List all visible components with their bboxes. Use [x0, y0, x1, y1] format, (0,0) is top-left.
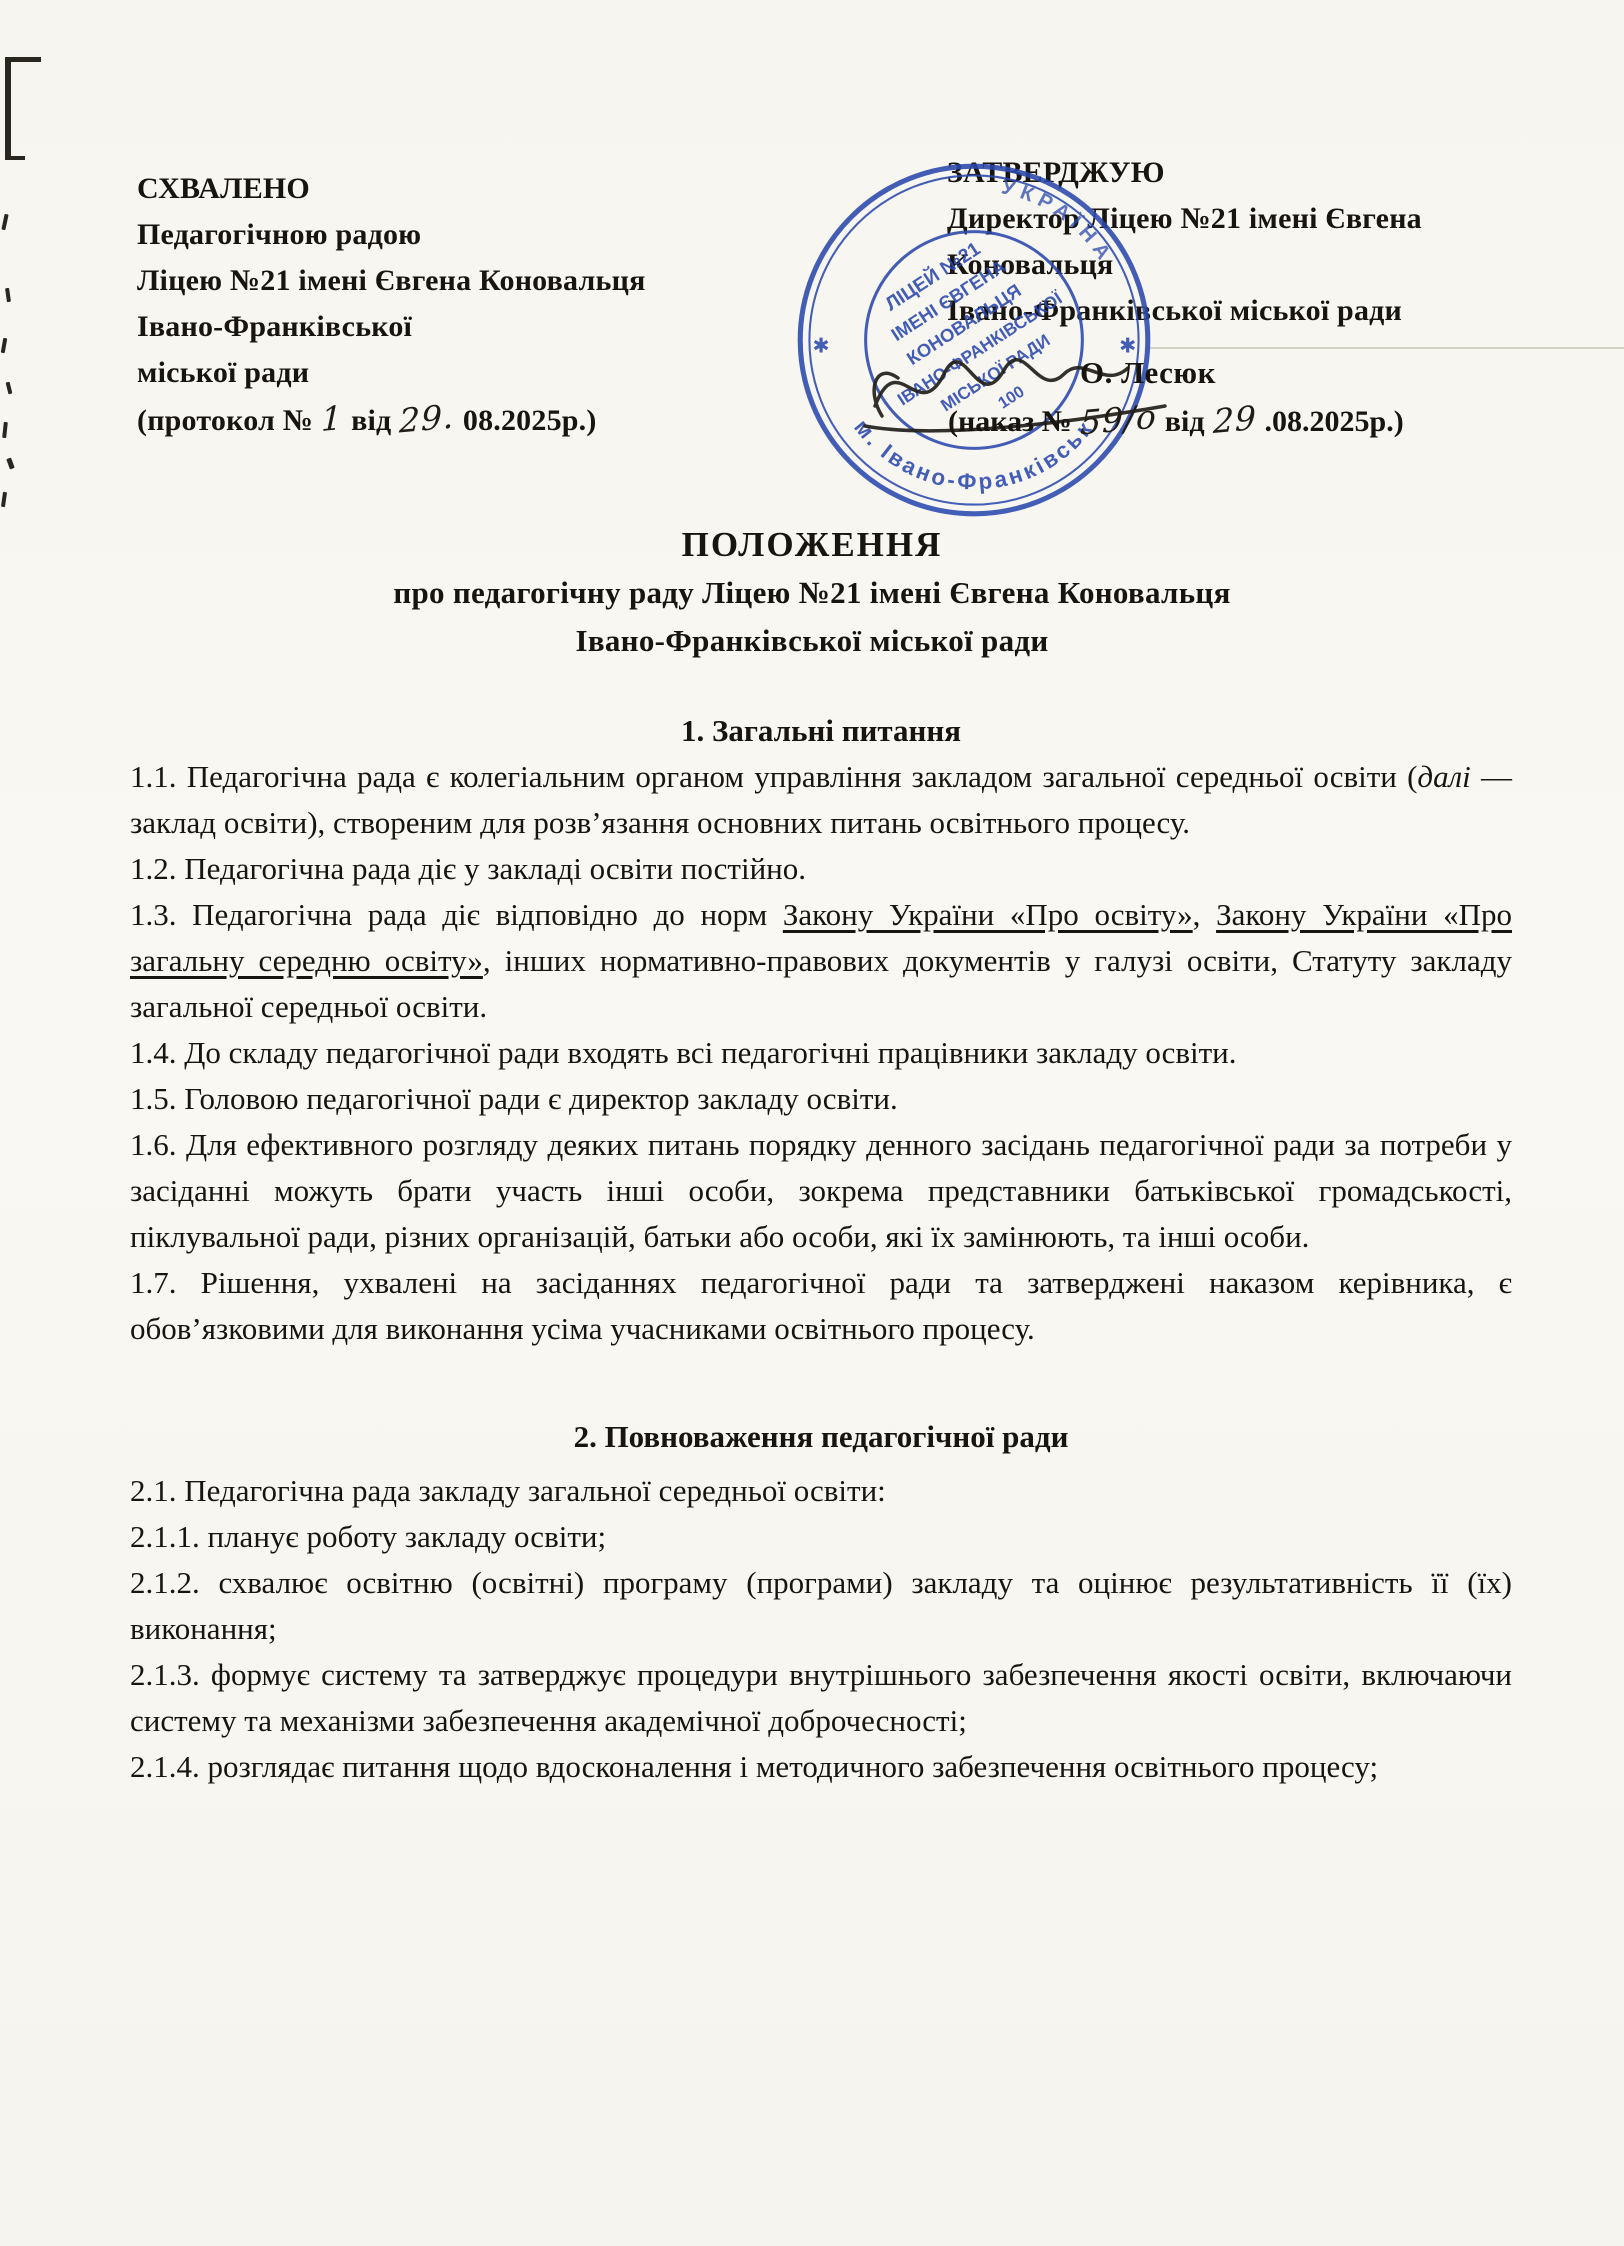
clause-1-4: 1.4. До складу педагогічної ради входять… [130, 1030, 1512, 1076]
document-body: 1. Загальні питання 1.1. Педагогічна рад… [130, 708, 1512, 1790]
clause-1-3: 1.3. Педагогічна рада діє відповідно до … [130, 892, 1512, 1030]
approved-line: міської ради [137, 350, 737, 396]
title-line-2: про педагогічну раду Ліцею №21 імені Євг… [0, 569, 1624, 617]
protocol-mid: від [351, 404, 391, 437]
clause-text: 1.1. Педагогічна рада є колегіальним орг… [130, 759, 1417, 794]
handwritten-protocol-day: 29. [399, 393, 455, 444]
clause-2-1-4: 2.1.4. розглядає питання щодо вдосконале… [130, 1744, 1512, 1790]
scanned-document-page: СХВАЛЕНО Педагогічною радою Ліцею №21 ім… [0, 0, 1624, 2246]
document-title: ПОЛОЖЕННЯ про педагогічну раду Ліцею №21… [0, 521, 1624, 665]
clause-2-1: 2.1. Педагогічна рада закладу загальної … [130, 1468, 1512, 1514]
title-line-3: Івано-Франківської міської ради [0, 617, 1624, 665]
clause-1-6: 1.6. Для ефективного розгляду деяких пит… [130, 1122, 1512, 1260]
approving-heading: ЗАТВЕРДЖУЮ [947, 150, 1547, 196]
approving-line: Коновальця [947, 242, 1547, 288]
edge-mark [5, 288, 11, 302]
clause-2-1-2: 2.1.2. схвалює освітню (освітні) програм… [130, 1560, 1512, 1652]
approved-block: СХВАЛЕНО Педагогічною радою Ліцею №21 ім… [137, 166, 737, 444]
approved-line: Івано-Франківської [137, 304, 737, 350]
edge-mark [6, 457, 14, 469]
protocol-suffix: 08.2025р.) [463, 404, 597, 437]
section-2-heading: 2. Повноваження педагогічної ради [130, 1414, 1512, 1460]
protocol-line: (протокол №1від29.08.2025р.) [137, 396, 737, 444]
edge-mark [1, 338, 8, 353]
order-line: (наказ №59/овід29.08.2025р.) [948, 400, 1508, 439]
approved-heading: СХВАЛЕНО [137, 166, 737, 212]
order-prefix: (наказ № [948, 405, 1072, 438]
clause-1-1: 1.1. Педагогічна рада є колегіальним орг… [130, 754, 1512, 846]
section-1-heading: 1. Загальні питання [130, 708, 1512, 754]
approving-line: Івано-Франківської міської ради [947, 288, 1547, 334]
clause-2-1-3: 2.1.3. формує систему та затверджує проц… [130, 1652, 1512, 1744]
clause-1-2: 1.2. Педагогічна рада діє у закладі осві… [130, 846, 1512, 892]
edge-mark [2, 422, 8, 438]
stamp-star-left: ✱ [812, 334, 829, 357]
clause-text: , [1193, 897, 1216, 932]
approving-block: ЗАТВЕРДЖУЮ Директор Ліцею №21 імені Євге… [947, 150, 1547, 334]
law-link-education: Закону України «Про освіту» [783, 897, 1193, 932]
edge-mark [1, 214, 8, 230]
protocol-prefix: (протокол № [137, 404, 313, 437]
scan-edge-bracket [5, 57, 41, 156]
edge-mark [1, 492, 7, 507]
title-line-1: ПОЛОЖЕННЯ [0, 521, 1624, 569]
edge-mark [6, 382, 13, 395]
clause-1-7: 1.7. Рішення, ухвалені на засіданнях пед… [130, 1260, 1512, 1352]
handwritten-protocol-number: 1 [321, 395, 344, 443]
handwritten-order-number: 59/о [1080, 397, 1157, 443]
approved-line: Педагогічною радою [137, 212, 737, 258]
approved-line: Ліцею №21 імені Євгена Коновальця [137, 258, 737, 304]
clause-2-1-1: 2.1.1. планує роботу закладу освіти; [130, 1514, 1512, 1560]
approving-line: Директор Ліцею №21 імені Євгена [947, 196, 1547, 242]
order-mid: від [1165, 405, 1205, 438]
signer-name: О. Лесюк [1080, 355, 1216, 391]
scan-artifact-line [1150, 347, 1624, 349]
handwritten-order-day: 29 [1212, 398, 1257, 441]
italic-term: далі [1417, 759, 1470, 794]
clause-1-5: 1.5. Головою педагогічної ради є директо… [130, 1076, 1512, 1122]
clause-text: 1.3. Педагогічна рада діє відповідно до … [130, 897, 783, 932]
stamp-star-right: ✱ [1119, 334, 1136, 357]
order-suffix: .08.2025р.) [1265, 405, 1404, 438]
